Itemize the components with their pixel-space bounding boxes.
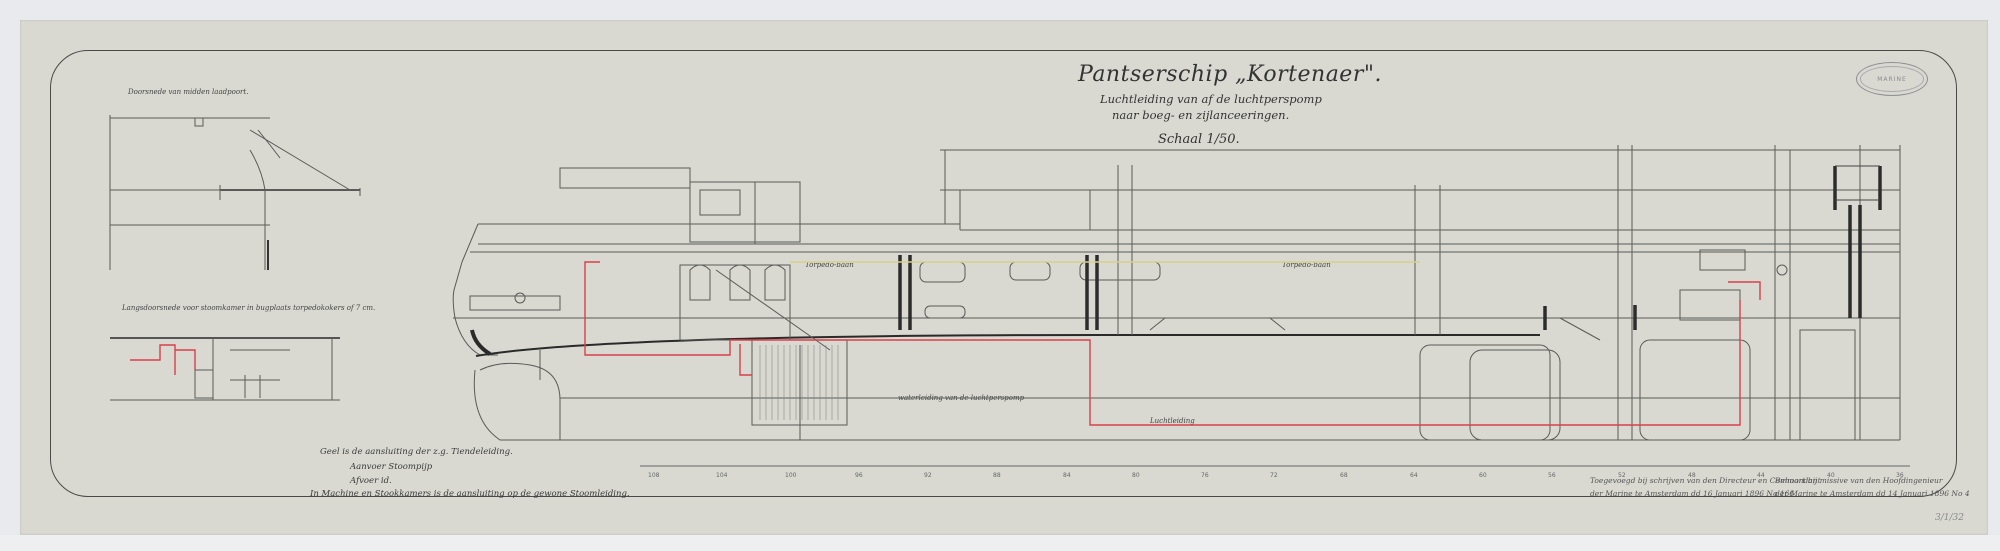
detail-view-bottom	[110, 338, 340, 400]
ship-hull	[453, 145, 1900, 440]
ship-drawing	[0, 0, 2000, 551]
detail-view-top	[110, 115, 360, 270]
